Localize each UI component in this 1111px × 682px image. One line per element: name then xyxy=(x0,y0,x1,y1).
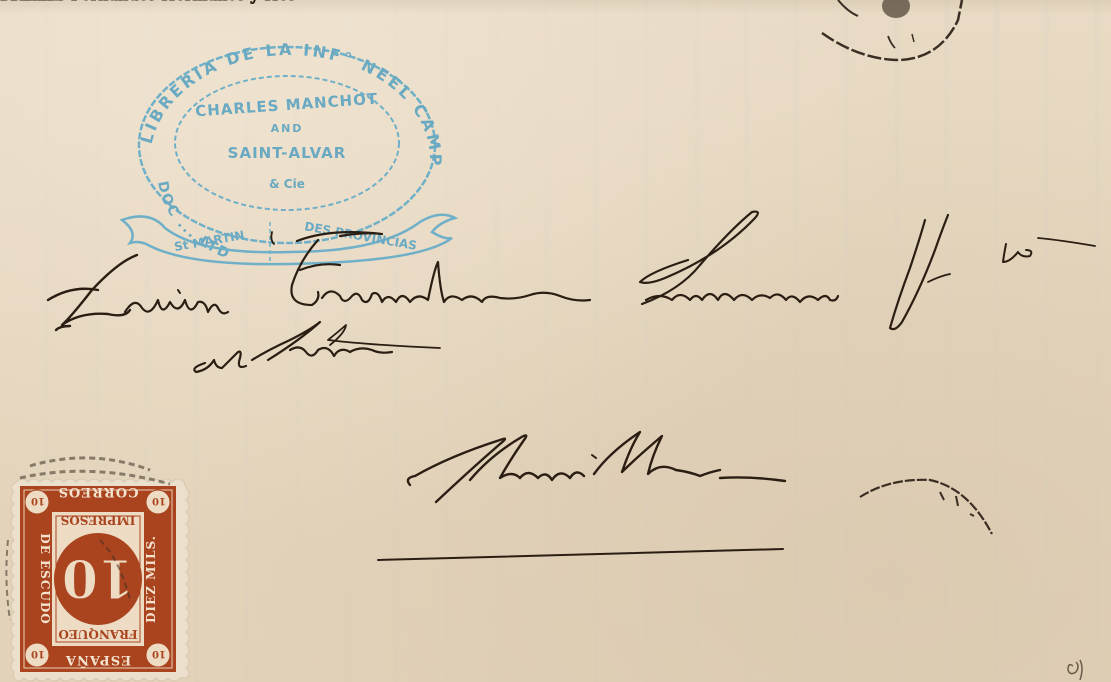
stamp-corner-value-3: 10 xyxy=(152,648,166,659)
address-line1-handwriting: Señores Fernandes Hermanos y Hes xyxy=(0,0,1095,330)
stamp-top-text: CORREOS xyxy=(58,484,139,499)
sender-cachet: LIBRERIA DE LA INF° NEEL CAMP... DOC ...… xyxy=(0,0,455,264)
postmark-bottom-right xyxy=(860,480,992,534)
address-underline xyxy=(378,549,783,560)
stamp-right-text: DIEZ MILS. xyxy=(144,535,158,623)
stamp-corner-value-1: 10 xyxy=(152,495,166,506)
address-line2-handwriting xyxy=(194,322,440,372)
corner-pencil-mark xyxy=(1068,660,1082,680)
cachet-line3: SAINT-ALVAR xyxy=(228,144,347,162)
stamp-inner-top-text: IMPRESOS xyxy=(61,513,136,527)
stamp-inner-bottom-text: FRANQUEO xyxy=(58,627,137,641)
cachet-ribbon-right: DES PROVINCIAS xyxy=(303,219,418,253)
address-line3-text: Munilla xyxy=(0,0,62,4)
cachet-line4: & Cie xyxy=(269,177,305,191)
envelope: LIBRERIA DE LA INF° NEEL CAMP... DOC ...… xyxy=(0,0,1111,682)
cachet-line1: CHARLES MANCHOT xyxy=(195,90,379,121)
cachet-line2: AND xyxy=(271,122,304,135)
stamp-corner-value-2: 10 xyxy=(31,495,45,506)
postmark-top-right xyxy=(822,0,962,60)
stamp-left-text: DE ESCUDO xyxy=(38,533,52,624)
envelope-artwork: LIBRERIA DE LA INF° NEEL CAMP... DOC ...… xyxy=(0,0,1111,682)
postage-stamp: CORREOS IMPRESOS FRANQUEO ESPAÑA 10 10 1… xyxy=(6,458,189,681)
stamp-corner-value-4: 10 xyxy=(31,648,45,659)
cachet-outer-text: LIBRERIA DE LA INF° NEEL CAMP... xyxy=(0,0,445,166)
stamp-bottom-text: ESPAÑA xyxy=(65,652,131,668)
